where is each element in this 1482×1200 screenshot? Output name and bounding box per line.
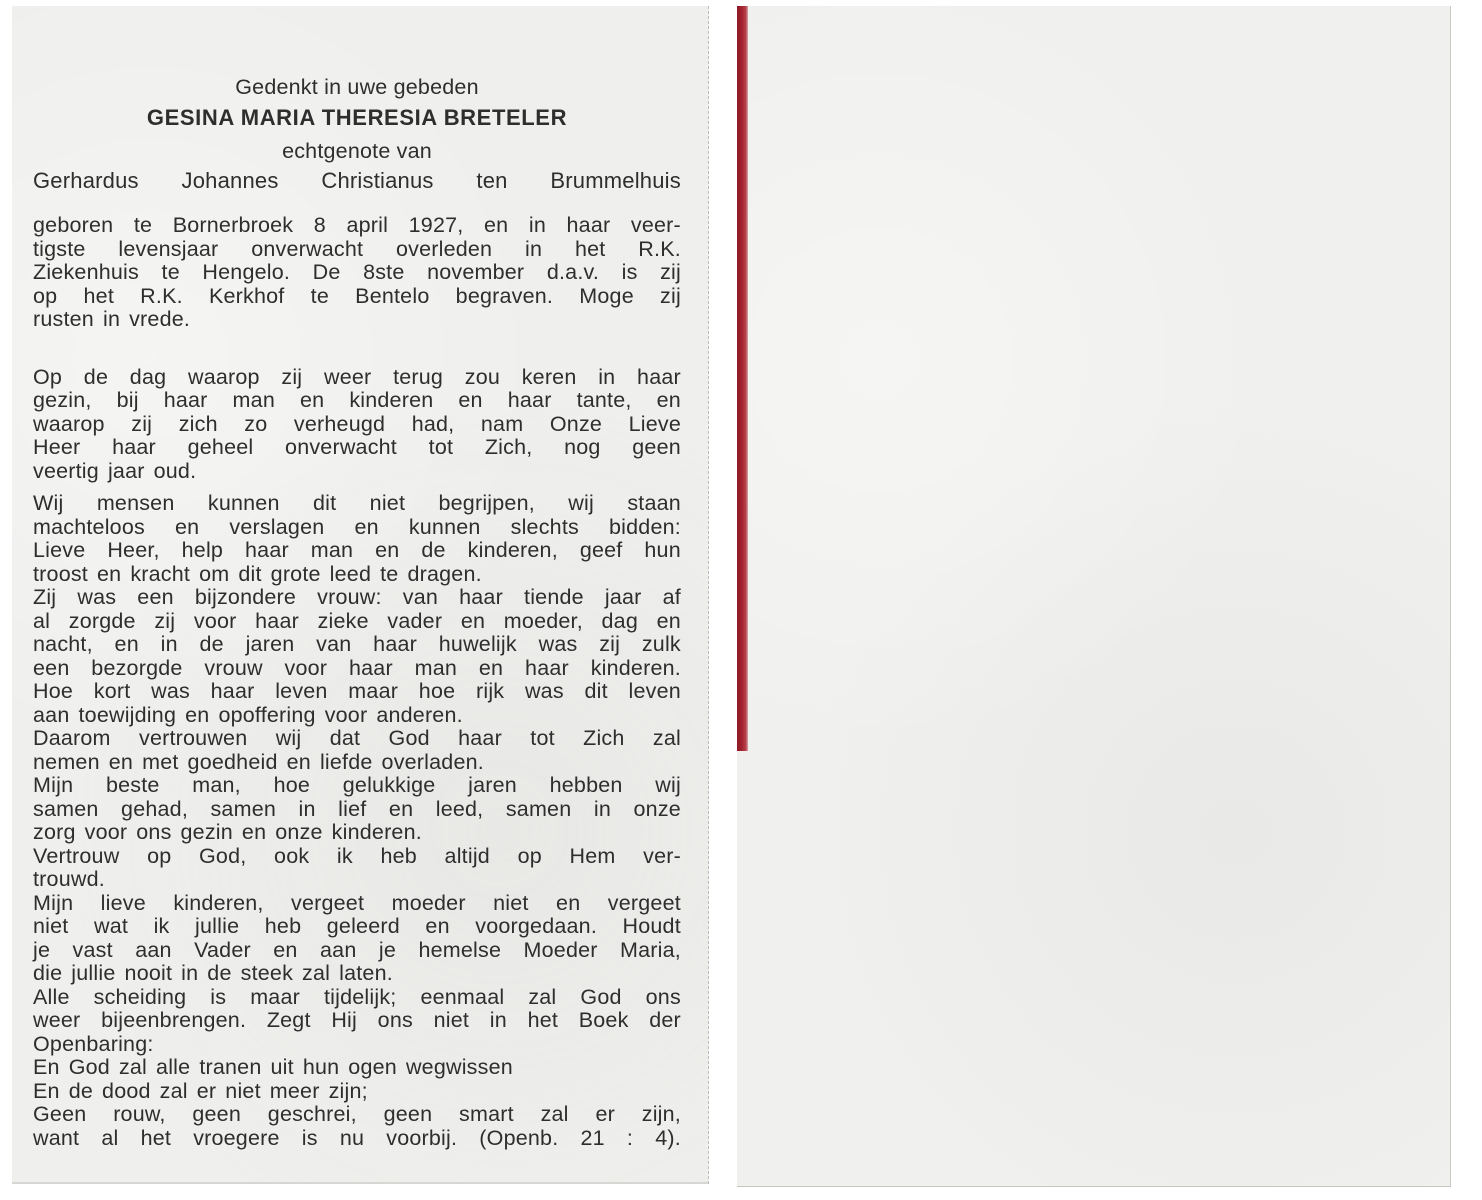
- word: overleden: [396, 238, 492, 262]
- word: de: [207, 962, 231, 986]
- word: te: [380, 563, 398, 587]
- text-line: Hoekortwashaarlevenmaarhoerijkwasditleve…: [33, 680, 681, 704]
- word: ons: [646, 986, 681, 1010]
- word: in: [529, 214, 546, 238]
- word: zijn;: [329, 1080, 368, 1104]
- word: het: [528, 1009, 559, 1033]
- paragraph-faith: VertrouwopGod,ookikhebaltijdopHemver-tro…: [33, 845, 681, 892]
- word: nooit: [125, 962, 173, 986]
- word: was: [77, 586, 116, 610]
- word: nacht,: [33, 633, 93, 657]
- word: in: [161, 633, 178, 657]
- word: waarop: [188, 366, 260, 390]
- paragraph-husband-address: Mijnbesteman,hoegelukkigejarenhebbenwijs…: [33, 774, 681, 845]
- word: zij: [660, 261, 681, 285]
- text-line: diejullienooitindesteekzallaten.: [33, 962, 681, 986]
- word: leed: [330, 563, 371, 587]
- word: aan: [135, 939, 171, 963]
- word: ons: [136, 821, 171, 845]
- word: met: [142, 751, 178, 775]
- word: d.a.v.: [547, 261, 599, 285]
- word: jaar: [605, 586, 642, 610]
- word: dragen.: [407, 563, 481, 587]
- word: leven: [629, 680, 681, 704]
- word: meer: [270, 1080, 320, 1104]
- word: zal: [653, 727, 681, 751]
- word: gezin: [181, 821, 233, 845]
- word: waarop: [33, 413, 105, 437]
- word: Vader: [194, 939, 251, 963]
- word: je: [379, 939, 396, 963]
- word: Zij: [33, 586, 56, 610]
- word: samen: [210, 798, 276, 822]
- word: haar: [459, 586, 503, 610]
- word: Houdt: [623, 915, 681, 939]
- word: geen: [632, 436, 681, 460]
- word: november: [427, 261, 524, 285]
- word: niet: [434, 1009, 469, 1033]
- word: kracht: [130, 563, 190, 587]
- word: leven: [275, 680, 327, 704]
- word: er: [595, 1103, 615, 1127]
- word: tot: [429, 436, 454, 460]
- word: Zich: [583, 727, 624, 751]
- paragraph-birth: geborenteBornerbroek8april1927,eninhaarv…: [33, 214, 681, 332]
- word: te: [134, 214, 152, 238]
- word: uit: [271, 1056, 294, 1080]
- word: Geen: [33, 1103, 86, 1127]
- word: en: [185, 704, 209, 728]
- word: man,: [192, 774, 241, 798]
- word: en: [425, 915, 449, 939]
- word: hun: [303, 1056, 339, 1080]
- word: maar: [250, 986, 300, 1010]
- word: tigste: [33, 238, 86, 262]
- text-line: Wijmensenkunnenditnietbegrijpen,wijstaan: [33, 492, 681, 516]
- word: voor: [325, 704, 368, 728]
- scanned-memorial-card: Gedenkt in uwe gebeden GESINA MARIA THER…: [0, 0, 1482, 1200]
- word: haar: [567, 214, 611, 238]
- word: tiende: [524, 586, 584, 610]
- word: niet: [225, 1080, 260, 1104]
- husband-name-word: Johannes: [182, 168, 279, 196]
- word: geschrei,: [268, 1103, 357, 1127]
- word: tante,: [577, 389, 632, 413]
- word: zou: [465, 366, 500, 390]
- word: al: [101, 1127, 118, 1151]
- word: april: [346, 214, 388, 238]
- word: veer-: [631, 214, 681, 238]
- word: geleerd: [327, 915, 400, 939]
- word: eenmaal: [420, 986, 504, 1010]
- word: God: [389, 727, 430, 751]
- text-line: geborenteBornerbroek8april1927,eninhaarv…: [33, 214, 681, 238]
- word: R.K.: [140, 285, 183, 309]
- word: hoe: [274, 774, 310, 798]
- text-line: EnGodzalalletranenuithunogenwegwissen: [33, 1056, 681, 1080]
- text-line: Zijwaseenbijzonderevrouw:vanhaartiendeja…: [33, 586, 681, 610]
- word: Hij: [331, 1009, 357, 1033]
- word: kinderen.: [591, 657, 681, 681]
- word: wij: [568, 492, 594, 516]
- word: haar: [211, 680, 255, 704]
- text-line: nietwatikjulliehebgeleerdenvoorgedaan.Ho…: [33, 915, 681, 939]
- word: in: [299, 798, 316, 822]
- word: vrede.: [129, 308, 190, 332]
- word: die: [33, 962, 62, 986]
- word: het: [575, 238, 606, 262]
- word: Lieve: [33, 539, 85, 563]
- word: een: [33, 657, 69, 681]
- word: Mijn: [33, 892, 73, 916]
- word: geen: [384, 1103, 433, 1127]
- text-line: jevastaanVaderenaanjehemelseMoederMaria,: [33, 939, 681, 963]
- word: geboren: [33, 214, 113, 238]
- word: Heer: [33, 436, 80, 460]
- word: 8ste: [363, 261, 404, 285]
- word: onverwacht: [285, 436, 397, 460]
- word: goedheid: [188, 751, 278, 775]
- word: rouw,: [113, 1103, 165, 1127]
- word: Vertrouw: [33, 845, 119, 869]
- word: haar: [637, 366, 681, 390]
- word: 21: [580, 1127, 604, 1151]
- word: ogen: [348, 1056, 397, 1080]
- text-line: alzorgdezijvoorhaarziekevaderenmoeder,da…: [33, 610, 681, 634]
- word: heb: [265, 915, 301, 939]
- word: gehad,: [121, 798, 188, 822]
- text-line: zorgvooronsgezinenonzekinderen.: [33, 821, 681, 845]
- word: in: [103, 308, 120, 332]
- word: zij: [281, 366, 302, 390]
- word: haar: [255, 610, 299, 634]
- word: Zich,: [485, 436, 533, 460]
- word: bij: [117, 389, 139, 413]
- word: vrouw: [204, 657, 262, 681]
- word: Ziekenhuis: [33, 261, 139, 285]
- text-line: ophetR.K.KerkhofteBentelobegraven.Mogezi…: [33, 285, 681, 309]
- word: hoe: [419, 680, 455, 704]
- word: niet: [33, 915, 68, 939]
- word: 8: [314, 214, 326, 238]
- text-line: rusteninvrede.: [33, 308, 681, 332]
- word: Mijn: [33, 774, 73, 798]
- word: alle: [156, 1056, 190, 1080]
- text-line: veertigjaaroud.: [33, 460, 681, 484]
- text-line: LieveHeer,helphaarmanendekinderen,geefhu…: [33, 539, 681, 563]
- word: vertrouwen: [139, 727, 247, 751]
- word: geen: [192, 1103, 241, 1127]
- text-line: samengehad,sameninliefenleed,sameninonze: [33, 798, 681, 822]
- word: tot: [530, 727, 555, 751]
- word: Onze: [550, 413, 602, 437]
- word: 1927,: [409, 214, 464, 238]
- text-line: Endedoodzalernietmeerzijn;: [33, 1080, 681, 1104]
- word: er: [197, 1080, 217, 1104]
- word: wegwissen: [406, 1056, 513, 1080]
- word: Daarom: [33, 727, 111, 751]
- word: zijn,: [642, 1103, 681, 1127]
- word: verheugd: [294, 413, 385, 437]
- word: Openbaring:: [33, 1033, 154, 1057]
- word: der: [649, 1009, 681, 1033]
- word: haar: [112, 436, 156, 460]
- word: zal: [528, 986, 556, 1010]
- paragraph-homecoming: Opdedagwaaropzijweerterugzoukereninhaarg…: [33, 366, 681, 484]
- word: kunnen: [208, 492, 280, 516]
- word: en: [389, 798, 413, 822]
- word: en: [556, 892, 580, 916]
- paragraph-character: Zijwaseenbijzonderevrouw:vanhaartiendeja…: [33, 586, 681, 727]
- word: man: [415, 657, 457, 681]
- word: (Openb.: [479, 1127, 558, 1151]
- word: Kerkhof: [209, 285, 285, 309]
- word: kinderen,: [173, 892, 263, 916]
- word: nu: [340, 1127, 364, 1151]
- word: dag: [602, 610, 638, 634]
- word: verslagen: [229, 516, 324, 540]
- word: niet: [370, 492, 405, 516]
- word: aan: [33, 704, 69, 728]
- word: Op: [33, 366, 62, 390]
- word: bijzondere: [195, 586, 296, 610]
- word: wij: [655, 774, 681, 798]
- word: en: [484, 214, 508, 238]
- word: begraven.: [456, 285, 553, 309]
- word: mensen: [97, 492, 175, 516]
- text-line: weerbijeenbrengen.ZegtHijonsnietinhetBoe…: [33, 1009, 681, 1033]
- word: Lieve: [629, 413, 681, 437]
- word: en: [109, 751, 133, 775]
- word: En: [33, 1080, 60, 1104]
- word: dit: [313, 492, 336, 516]
- word: opoffering: [218, 704, 315, 728]
- word: in: [525, 238, 542, 262]
- text-line: Allescheidingismaartijdelijk;eenmaalzalG…: [33, 986, 681, 1010]
- word: ons: [378, 1009, 413, 1033]
- word: onze: [634, 798, 681, 822]
- text-line: Opdedagwaaropzijweerterugzoukereninhaar: [33, 366, 681, 390]
- word: God,: [199, 845, 246, 869]
- word: heb: [380, 845, 416, 869]
- word: Maria,: [620, 939, 681, 963]
- word: haar: [349, 657, 393, 681]
- word: en: [657, 610, 681, 634]
- word: nam: [481, 413, 523, 437]
- word: om: [199, 563, 229, 587]
- word: machteloos: [33, 516, 145, 540]
- word: help: [182, 539, 223, 563]
- word: jaren: [468, 774, 517, 798]
- word: jullie: [195, 915, 239, 939]
- body-paragraphs: geborenteBornerbroek8april1927,eninhaarv…: [33, 214, 681, 1150]
- word: hemelse: [418, 939, 501, 963]
- word: moeder,: [504, 610, 583, 634]
- text-line: ZiekenhuisteHengelo.De8stenovemberd.a.v.…: [33, 261, 681, 285]
- word: en: [300, 389, 324, 413]
- text-line: nemenenmetgoedheidenliefdeoverladen.: [33, 751, 681, 775]
- text-line: Openbaring:: [33, 1033, 681, 1057]
- word: Alle: [33, 986, 70, 1010]
- word: lieve: [101, 892, 146, 916]
- text-line: VertrouwopGod,ookikhebaltijdopHemver-: [33, 845, 681, 869]
- word: voorbij.: [386, 1127, 457, 1151]
- word: laten.: [339, 962, 393, 986]
- word: aan: [320, 939, 356, 963]
- husband-name: GerhardusJohannesChristianustenBrummelhu…: [33, 168, 681, 196]
- word: dit: [585, 680, 608, 704]
- word: nog: [564, 436, 600, 460]
- word: bezorgde: [91, 657, 182, 681]
- text-line: tigstelevensjaaronverwachtoverledeninhet…: [33, 238, 681, 262]
- word: van: [403, 586, 438, 610]
- word: dood: [102, 1080, 151, 1104]
- text-line: nacht,enindejarenvanhaarhuwelijkwaszijzu…: [33, 633, 681, 657]
- word: en: [273, 939, 297, 963]
- word: zich: [179, 413, 218, 437]
- word: onverwacht: [251, 238, 363, 262]
- word: te: [162, 261, 180, 285]
- word: rusten: [33, 308, 94, 332]
- word: grote: [271, 563, 321, 587]
- word: leed,: [436, 798, 484, 822]
- word: levensjaar: [118, 238, 218, 262]
- word: zij: [599, 633, 620, 657]
- text-line: Mijnbesteman,hoegelukkigejarenhebbenwij: [33, 774, 681, 798]
- word: haar: [458, 727, 502, 751]
- text-line: Mijnlievekinderen,vergeetmoedernietenver…: [33, 892, 681, 916]
- word: is: [622, 261, 638, 285]
- husband-name-word: Gerhardus: [33, 168, 139, 196]
- word: vergeet: [291, 892, 364, 916]
- word: geheel: [188, 436, 254, 460]
- word: weer: [324, 366, 371, 390]
- word: Moeder: [524, 939, 598, 963]
- card-text: Gedenkt in uwe gebeden GESINA MARIA THER…: [33, 72, 681, 1150]
- word: zulk: [642, 633, 681, 657]
- word: ik: [154, 915, 170, 939]
- text-line: wantalhetvroegereisnuvoorbij.(Openb.21:4…: [33, 1127, 681, 1151]
- word: troost: [33, 563, 88, 587]
- word: dit: [238, 563, 261, 587]
- word: op: [518, 845, 542, 869]
- word: voorgedaan.: [475, 915, 597, 939]
- word: jaar: [108, 460, 145, 484]
- word: is: [210, 986, 226, 1010]
- word: voor: [85, 821, 128, 845]
- relation-line: echtgenote van: [33, 138, 681, 168]
- word: is: [302, 1127, 318, 1151]
- word: God: [580, 986, 621, 1010]
- word: af: [663, 586, 681, 610]
- word: Hoe: [33, 680, 73, 704]
- word: en: [354, 516, 378, 540]
- word: oud.: [154, 460, 197, 484]
- word: in: [181, 962, 198, 986]
- word: in: [598, 366, 615, 390]
- word: steek: [241, 962, 293, 986]
- red-edge-stripe: [737, 6, 748, 751]
- word: en: [242, 821, 266, 845]
- word: zo: [244, 413, 267, 437]
- word: zij: [154, 610, 175, 634]
- word: :: [627, 1127, 633, 1151]
- word: rijk: [476, 680, 504, 704]
- word: van: [316, 633, 351, 657]
- word: keren: [522, 366, 577, 390]
- word: zieke: [318, 610, 369, 634]
- word: veertig: [33, 460, 99, 484]
- word: Bentelo: [355, 285, 429, 309]
- word: een: [137, 586, 173, 610]
- word: zij: [660, 285, 681, 309]
- word: toewijding: [78, 704, 176, 728]
- word: samen: [33, 798, 99, 822]
- word: dat: [330, 727, 361, 751]
- word: geef: [580, 539, 623, 563]
- paragraph-reunion: Allescheidingismaartijdelijk;eenmaalzalG…: [33, 986, 681, 1057]
- word: in: [594, 798, 611, 822]
- paragraph-children-address: Mijnlievekinderen,vergeetmoedernietenver…: [33, 892, 681, 986]
- word: wat: [94, 915, 128, 939]
- word: de: [84, 366, 108, 390]
- word: bidden:: [609, 516, 681, 540]
- word: vast: [73, 939, 113, 963]
- word: huwelijk: [439, 633, 517, 657]
- word: zorgde: [69, 610, 136, 634]
- word: hebben: [550, 774, 623, 798]
- word: kunnen: [409, 516, 481, 540]
- deceased-name: GESINA MARIA THERESIA BRETELER: [33, 102, 681, 134]
- intro-line: Gedenkt in uwe gebeden: [33, 72, 681, 102]
- word: ik: [337, 845, 353, 869]
- word: terug: [393, 366, 443, 390]
- word: Bornerbroek: [173, 214, 294, 238]
- word: en: [175, 516, 199, 540]
- word: en: [458, 389, 482, 413]
- word: en: [375, 539, 399, 563]
- word: Heer,: [107, 539, 159, 563]
- word: 4).: [655, 1127, 681, 1151]
- word: R.K.: [638, 238, 681, 262]
- word: tranen: [199, 1056, 261, 1080]
- word: samen: [506, 798, 572, 822]
- text-line: waaropzijzichzoverheugdhad,namOnzeLieve: [33, 413, 681, 437]
- husband-name-word: Christianus: [321, 168, 433, 196]
- word: vergeet: [608, 892, 681, 916]
- text-line: DaaromvertrouwenwijdatGodhaartotZichzal: [33, 727, 681, 751]
- word: slechts: [511, 516, 579, 540]
- paragraph-prayer: Wijmensenkunnenditnietbegrijpen,wijstaan…: [33, 492, 681, 586]
- word: vader: [387, 610, 442, 634]
- word: zal: [541, 1103, 569, 1127]
- text-line: HeerhaargeheelonverwachttotZich,noggeen: [33, 436, 681, 460]
- word: beste: [106, 774, 160, 798]
- word: de: [69, 1080, 93, 1104]
- word: al: [33, 610, 50, 634]
- word: God: [69, 1056, 110, 1080]
- word: en: [461, 610, 485, 634]
- word: anderen.: [376, 704, 462, 728]
- text-line: Geenrouw,geengeschrei,geensmartzalerzijn…: [33, 1103, 681, 1127]
- word: moeder: [392, 892, 466, 916]
- word: voor: [285, 657, 328, 681]
- word: vroegere: [193, 1127, 279, 1151]
- word: maar: [348, 680, 398, 704]
- word: tijdelijk;: [324, 986, 397, 1010]
- word: hun: [644, 539, 680, 563]
- word: en: [479, 657, 503, 681]
